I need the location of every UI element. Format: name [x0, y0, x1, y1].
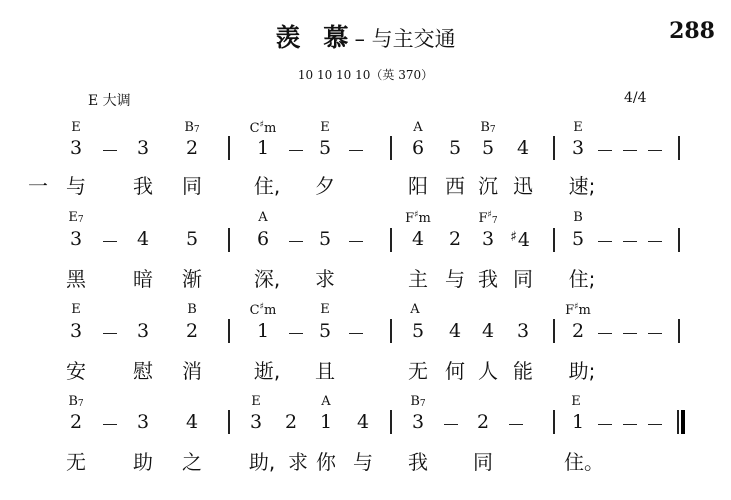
- note-numeral: 4: [137, 230, 149, 249]
- sustain-dash: [598, 424, 612, 425]
- lyric-syllable: 同: [513, 269, 533, 289]
- note-numeral: 3: [250, 413, 262, 432]
- note-numeral: 5: [319, 230, 331, 249]
- key-signature: E 大调: [88, 90, 131, 110]
- note-numeral: ♯4: [510, 230, 530, 250]
- note-numeral: 4: [357, 413, 369, 432]
- chord-symbol: E: [320, 121, 330, 134]
- sustain-dash: [289, 150, 303, 151]
- lyric-syllable: 渐: [182, 269, 202, 289]
- lyric-syllable: 助: [133, 452, 153, 472]
- sustain-dash: [623, 241, 637, 242]
- chord-symbol: E: [571, 395, 581, 408]
- chord-symbol: B7: [410, 395, 425, 409]
- lyric-syllable: 同: [473, 452, 493, 472]
- lyric-syllable: 深,: [254, 269, 280, 289]
- chord-symbol: E: [71, 121, 81, 134]
- lyric-syllable: 且: [315, 361, 335, 381]
- chord-symbol: A: [410, 303, 419, 316]
- chord-symbol: C♯m: [250, 121, 277, 135]
- lyric-syllable: 住;: [569, 269, 596, 289]
- lyric-syllable: 能: [513, 361, 533, 381]
- note-numeral: 2: [477, 413, 489, 432]
- note-numeral: 5: [319, 322, 331, 341]
- lyric-syllable: 何: [445, 361, 465, 381]
- lyric-syllable: 同: [182, 176, 202, 196]
- lyric-syllable: 逝,: [254, 361, 280, 381]
- time-signature: 4/4: [624, 90, 647, 106]
- barline: [390, 410, 392, 434]
- lyric-syllable: 无: [408, 361, 428, 381]
- chord-symbol: E: [71, 303, 81, 316]
- note-numeral: 4: [412, 230, 424, 249]
- sharp-icon: ♯: [510, 229, 517, 245]
- note-numeral: 2: [572, 322, 584, 341]
- lyric-syllable: 一: [28, 176, 48, 196]
- sustain-dash: [623, 424, 637, 425]
- final-barline-thin: [677, 410, 679, 434]
- lyric-syllable: 住。: [564, 452, 604, 472]
- lyric-syllable: 求: [288, 452, 308, 472]
- sustain-dash: [623, 150, 637, 151]
- sustain-dash: [623, 333, 637, 334]
- barline: [678, 319, 680, 343]
- chord-symbol: F♯m: [565, 303, 591, 317]
- note-numeral: 4: [517, 139, 529, 158]
- note-numeral: 3: [70, 322, 82, 341]
- sustain-dash: [509, 424, 523, 425]
- chord-symbol: E7: [68, 211, 83, 225]
- lyric-syllable: 黑: [66, 269, 86, 289]
- sustain-dash: [103, 424, 117, 425]
- lyric-syllable: 安: [66, 361, 86, 381]
- barline: [553, 319, 555, 343]
- note-numeral: 3: [70, 230, 82, 249]
- chord-symbol: F♯m: [405, 211, 431, 225]
- lyric-syllable: 与: [66, 176, 86, 196]
- chord-symbol: B7: [68, 395, 83, 409]
- lyric-syllable: 阳: [408, 176, 428, 196]
- sustain-dash: [598, 241, 612, 242]
- title-main-char-2: 慕: [323, 23, 349, 52]
- note-numeral: 5: [412, 322, 424, 341]
- barline: [390, 136, 392, 160]
- lyric-syllable: 你: [316, 452, 336, 472]
- lyric-syllable: 西: [445, 176, 465, 196]
- sustain-dash: [349, 150, 363, 151]
- title-subtitle: – 与主交通: [354, 27, 455, 51]
- note-numeral: 1: [572, 413, 584, 432]
- note-numeral: 1: [257, 322, 269, 341]
- chord-symbol: B: [573, 211, 583, 224]
- sustain-dash: [103, 333, 117, 334]
- sustain-dash: [648, 424, 662, 425]
- chord-symbol: A: [321, 395, 330, 408]
- lyric-syllable: 我: [478, 269, 498, 289]
- lyric-syllable: 我: [408, 452, 428, 472]
- note-numeral: 6: [412, 139, 424, 158]
- chord-symbol: B7: [184, 121, 199, 135]
- chord-symbol: B7: [480, 121, 495, 135]
- note-numeral: 5: [319, 139, 331, 158]
- hymn-title: 羡慕 – 与主交通: [0, 18, 731, 54]
- lyric-syllable: 慰: [133, 361, 153, 381]
- note-numeral: 2: [186, 322, 198, 341]
- lyric-syllable: 求: [315, 269, 335, 289]
- note-numeral: 4: [186, 413, 198, 432]
- chord-symbol: C♯m: [250, 303, 277, 317]
- chord-symbol: F♯7: [478, 211, 497, 226]
- note-numeral: 1: [257, 139, 269, 158]
- note-numeral: 1: [320, 413, 332, 432]
- note-numeral: 5: [482, 139, 494, 158]
- barline: [553, 410, 555, 434]
- title-main-char-1: 羡: [275, 23, 301, 52]
- chord-symbol: E: [320, 303, 330, 316]
- note-numeral: 6: [257, 230, 269, 249]
- sustain-dash: [349, 241, 363, 242]
- note-numeral: 4: [449, 322, 461, 341]
- barline: [678, 136, 680, 160]
- lyric-syllable: 与: [353, 452, 373, 472]
- chord-symbol: E: [251, 395, 261, 408]
- barline: [228, 319, 230, 343]
- note-numeral: 5: [186, 230, 198, 249]
- barline: [390, 228, 392, 252]
- note-numeral: 3: [70, 139, 82, 158]
- lyric-syllable: 助;: [569, 361, 596, 381]
- lyric-syllable: 迅: [513, 176, 533, 196]
- lyric-syllable: 沉: [478, 176, 498, 196]
- sustain-dash: [598, 333, 612, 334]
- lyric-syllable: 助,: [249, 452, 275, 472]
- note-numeral: 3: [572, 139, 584, 158]
- lyric-syllable: 主: [408, 269, 428, 289]
- note-numeral: 3: [482, 230, 494, 249]
- final-barline-thick: [681, 410, 685, 434]
- lyric-syllable: 速;: [569, 176, 596, 196]
- note-numeral: 5: [449, 139, 461, 158]
- note-numeral: 4: [482, 322, 494, 341]
- note-numeral: 2: [186, 139, 198, 158]
- note-numeral: 5: [572, 230, 584, 249]
- lyric-syllable: 与: [445, 269, 465, 289]
- sustain-dash: [598, 150, 612, 151]
- note-numeral: 3: [137, 139, 149, 158]
- note-numeral: 3: [412, 413, 424, 432]
- meter-info: 10 10 10 10（英 370）: [0, 66, 731, 83]
- note-numeral: 3: [517, 322, 529, 341]
- note-numeral: 2: [449, 230, 461, 249]
- lyric-syllable: 无: [66, 452, 86, 472]
- lyric-syllable: 夕: [315, 176, 335, 196]
- chord-symbol: A: [258, 211, 267, 224]
- lyric-syllable: 暗: [133, 269, 153, 289]
- sustain-dash: [349, 333, 363, 334]
- sustain-dash: [289, 333, 303, 334]
- barline: [228, 136, 230, 160]
- note-numeral: 3: [137, 413, 149, 432]
- lyric-syllable: 人: [478, 361, 498, 381]
- chord-symbol: B: [187, 303, 197, 316]
- lyric-syllable: 消: [182, 361, 202, 381]
- barline: [390, 319, 392, 343]
- barline: [228, 410, 230, 434]
- barline: [553, 136, 555, 160]
- sustain-dash: [103, 241, 117, 242]
- lyric-syllable: 住,: [254, 176, 280, 196]
- note-numeral: 2: [70, 413, 82, 432]
- chord-symbol: E: [573, 121, 583, 134]
- sustain-dash: [103, 150, 117, 151]
- note-numeral: 3: [137, 322, 149, 341]
- sustain-dash: [648, 333, 662, 334]
- chord-symbol: A: [413, 121, 422, 134]
- barline: [553, 228, 555, 252]
- sustain-dash: [648, 150, 662, 151]
- sustain-dash: [444, 424, 458, 425]
- sustain-dash: [289, 241, 303, 242]
- lyric-syllable: 之: [182, 452, 202, 472]
- barline: [678, 228, 680, 252]
- barline: [228, 228, 230, 252]
- note-numeral: 2: [285, 413, 297, 432]
- hymn-number: 288: [669, 18, 715, 44]
- sustain-dash: [648, 241, 662, 242]
- lyric-syllable: 我: [133, 176, 153, 196]
